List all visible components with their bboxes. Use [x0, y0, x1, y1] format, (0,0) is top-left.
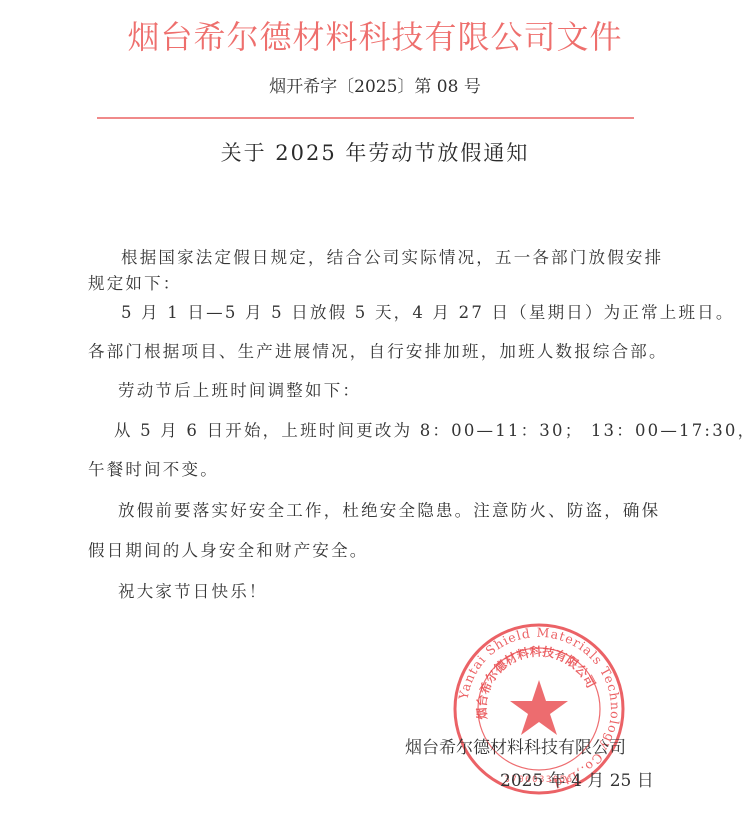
- document-number: 烟开希字〔2025〕第 08 号: [0, 74, 750, 100]
- signature-date: 2025 年 4 月 25 日: [500, 768, 654, 794]
- body-line: 假日期间的人身安全和财产安全。: [88, 536, 369, 566]
- body-line: 祝大家节日快乐！: [118, 577, 268, 607]
- body-line: 劳动节后上班时间调整如下：: [118, 376, 361, 406]
- header-divider: [97, 117, 634, 119]
- body-line: 根据国家法定假日规定，结合公司实际情况，五一各部门放假安排: [121, 243, 663, 273]
- body-line: 从 5 月 6 日开始，上班时间更改为 8：00—11：30； 13：00—17…: [114, 416, 750, 446]
- star-icon: [510, 680, 568, 735]
- body-line: 5 月 1 日—5 月 5 日放假 5 天，4 月 27 日（星期日）为正常上班…: [121, 298, 735, 328]
- notice-subject: 关于 2025 年劳动节放假通知: [0, 136, 750, 170]
- body-line: 午餐时间不变。: [88, 455, 219, 485]
- body-line: 放假前要落实好安全工作，杜绝安全隐患。注意防火、防盗，确保: [118, 496, 660, 526]
- body-line: 规定如下：: [88, 269, 182, 299]
- document-header-title: 烟台希尔德材料科技有限公司文件: [0, 12, 750, 62]
- signature-company: 烟台希尔德材料科技有限公司: [405, 735, 626, 761]
- body-line: 各部门根据项目、生产进展情况，自行安排加班，加班人数报综合部。: [88, 337, 668, 367]
